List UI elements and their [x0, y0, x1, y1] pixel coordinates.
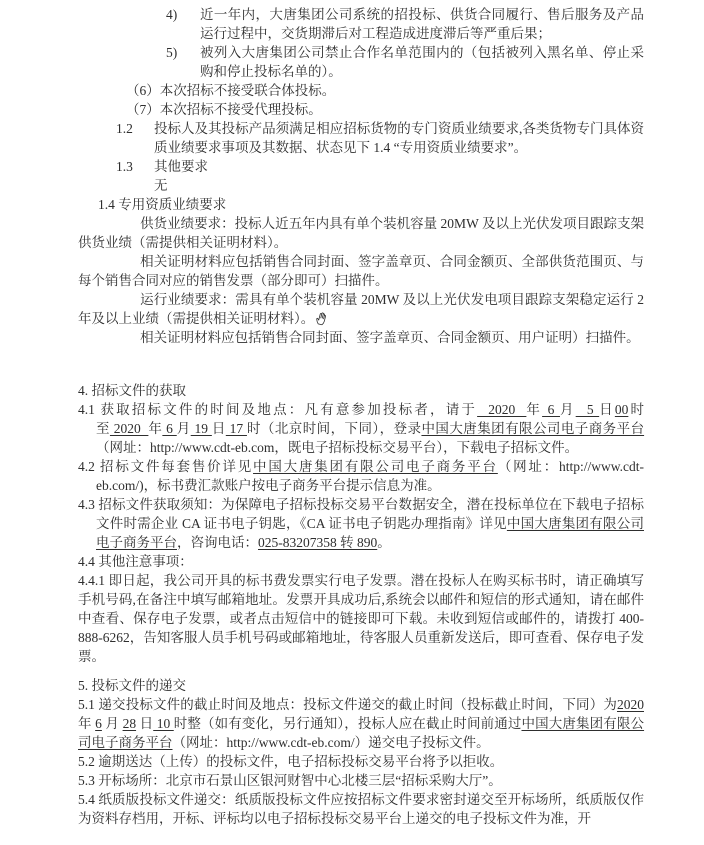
text-run: 。 [377, 535, 391, 550]
text-run: 日 [212, 421, 226, 436]
vertical-space [78, 666, 644, 676]
doc-paragraph: 4.3 招标文件获取须知：为保障电子招标投标交易平台数据安全，潜在投标单位在下载… [78, 495, 644, 552]
underlined-text: 中国大唐集团有限公司电子商务平台 [253, 459, 498, 474]
text-run: （网址：http://www.cdt-eb.com，既电子招标投标交易平台），下… [96, 440, 578, 455]
underlined-text: 6 [162, 421, 176, 436]
text-run: 5. 投标文件的递交 [78, 678, 186, 693]
doc-paragraph: 5. 投标文件的递交 [78, 676, 644, 695]
clause-number: 5) [166, 43, 200, 81]
doc-paragraph: 5)被列入大唐集团公司禁止合作名单范围内的（包括被列入黑名单、停止采购和停止投标… [166, 43, 644, 81]
underlined-text: 00 [615, 402, 629, 417]
text-run: 年 [148, 421, 162, 436]
doc-paragraph: 相关证明材料应包括销售合同封面、签字盖章页、合同金额页、全部供货范围页、与每个销… [78, 252, 644, 290]
text-run: 4.1 获取招标文件的时间及地点：凡有意参加投标者，请于 [78, 402, 477, 417]
underlined-text: 中国大唐集团有限公司电子商务平台 [421, 421, 644, 436]
text-run: 5.4 纸质版投标文件递交：纸质版投标文件应按招标文件要求密封递交至开标场所，纸… [78, 792, 644, 826]
underlined-text: 6 [542, 402, 560, 417]
text-run: 月 [560, 402, 576, 417]
clause-number: 1.2 [116, 119, 154, 157]
doc-paragraph: 4)近一年内，大唐集团公司系统的招投标、供货合同履行、售后服务及产品运行过程中，… [166, 5, 644, 43]
underlined-text: 28 [123, 716, 137, 731]
text-run: 4.2 招标文件每套售价详见 [78, 459, 253, 474]
doc-paragraph: （7）本次招标不接受代理投标。 [126, 100, 644, 119]
underlined-text: 19 [191, 421, 212, 436]
text-run: 相关证明材料应包括销售合同封面、签字盖章页、合同金额页、用户证明）扫描件。 [140, 330, 640, 345]
document-page: 4)近一年内，大唐集团公司系统的招投标、供货合同履行、售后服务及产品运行过程中，… [0, 0, 704, 845]
text-run: 投标人及其投标产品须满足相应招标货物的专门资质业绩要求,各类货物专门具体资质业绩… [154, 121, 644, 155]
text-run: 月 [102, 716, 123, 731]
doc-paragraph: 5.3 开标场所：北京市石景山区银河财智中心北楼三层“招标采购大厅”。 [78, 771, 644, 790]
doc-paragraph: 5.1 递交投标文件的截止时间及地点：投标文件递交的截止时间（投标截止时间，下同… [78, 695, 644, 752]
doc-paragraph: 5.2 逾期送达（上传）的投标文件，电子招标投标交易平台将予以拒收。 [78, 752, 644, 771]
text-run: 时整（如有变化，另行通知），投标人应在截止时间前通过 [174, 716, 522, 731]
text-run: 4.4.1 即日起，我公司开具的标书费发票实行电子发票。潜在投标人在购买标书时，… [78, 573, 644, 664]
text-run: 被列入大唐集团公司禁止合作名单范围内的（包括被列入黑名单、停止采购和停止投标名单… [200, 45, 644, 79]
text-run: 年 [526, 402, 542, 417]
text-run: 其他要求 [154, 159, 208, 174]
underlined-text: 2020 [617, 697, 644, 712]
underlined-text: 17 [226, 421, 247, 436]
doc-paragraph: 1.2投标人及其投标产品须满足相应招标货物的专门资质业绩要求,各类货物专门具体资… [116, 119, 644, 157]
clause-body: 投标人及其投标产品须满足相应招标货物的专门资质业绩要求,各类货物专门具体资质业绩… [154, 119, 644, 157]
doc-paragraph: （6）本次招标不接受联合体投标。 [126, 81, 644, 100]
text-run: （7）本次招标不接受代理投标。 [126, 102, 322, 117]
doc-paragraph: 4. 招标文件的获取 [78, 381, 644, 400]
clause-body: 其他要求 [154, 157, 644, 176]
text-run: 近一年内，大唐集团公司系统的招投标、供货合同履行、售后服务及产品运行过程中，交货… [200, 7, 644, 41]
doc-paragraph: 4.1 获取招标文件的时间及地点：凡有意参加投标者，请于 2020 年 6 月 … [78, 400, 644, 457]
vertical-space [78, 347, 644, 381]
underlined-text: 025-83207358 转 890 [258, 535, 377, 550]
clause-number: 1.3 [116, 157, 154, 176]
hand-cursor-icon [314, 311, 329, 326]
text-run: 日 [599, 402, 615, 417]
underlined-text: 10 [153, 716, 174, 731]
text-run: 4. 招标文件的获取 [78, 383, 186, 398]
text-run: 运行业绩要求：需具有单个装机容量 20MW 及以上光伏发电项目跟踪支架稳定运行 … [78, 292, 644, 326]
doc-paragraph: 供货业绩要求：投标人近五年内具有单个装机容量 20MW 及以上光伏发项目跟踪支架… [78, 214, 644, 252]
doc-paragraph: 相关证明材料应包括销售合同封面、签字盖章页、合同金额页、用户证明）扫描件。 [78, 328, 644, 347]
text-run: 相关证明材料应包括销售合同封面、签字盖章页、合同金额页、全部供货范围页、与每个销… [78, 254, 644, 288]
doc-paragraph: 1.4 专用资质业绩要求 [98, 195, 644, 214]
text-run: ，咨询电话： [177, 535, 258, 550]
text-run: 日 [136, 716, 153, 731]
text-run: 时（北京时间，下同），登录 [247, 421, 422, 436]
text-run: 5.3 开标场所：北京市石景山区银河财智中心北楼三层“招标采购大厅”。 [78, 773, 502, 788]
clause-body: 被列入大唐集团公司禁止合作名单范围内的（包括被列入黑名单、停止采购和停止投标名单… [200, 43, 644, 81]
clause-number: 4) [166, 5, 200, 43]
text-run: 5.2 逾期送达（上传）的投标文件，电子招标投标交易平台将予以拒收。 [78, 754, 503, 769]
text-run: 月 [177, 421, 191, 436]
underlined-text: 2020 [477, 402, 526, 417]
doc-paragraph: 无 [154, 176, 644, 195]
text-run: 1.4 专用资质业绩要求 [98, 197, 226, 212]
doc-paragraph: 4.4 其他注意事项： [78, 552, 644, 571]
text-run: 无 [154, 178, 168, 193]
underlined-text: 5 [576, 402, 599, 417]
doc-paragraph: 4.2 招标文件每套售价详见中国大唐集团有限公司电子商务平台（网址：http:/… [78, 457, 644, 495]
underlined-text: 6 [95, 716, 102, 731]
underlined-text: 2020 [110, 421, 148, 436]
doc-paragraph: 1.3其他要求 [116, 157, 644, 176]
text-run: 4.4 其他注意事项： [78, 554, 193, 569]
text-run: 5.1 递交投标文件的截止时间及地点：投标文件递交的截止时间（投标截止时间，下同… [78, 697, 617, 712]
doc-paragraph: 运行业绩要求：需具有单个装机容量 20MW 及以上光伏发电项目跟踪支架稳定运行 … [78, 290, 644, 328]
text-run: （网址：http://www.cdt-eb.com/）递交电子投标文件。 [173, 735, 490, 750]
text-run: （6）本次招标不接受联合体投标。 [126, 83, 335, 98]
text-run: 年 [78, 716, 95, 731]
doc-paragraph: 4.4.1 即日起，我公司开具的标书费发票实行电子发票。潜在投标人在购买标书时，… [78, 571, 644, 666]
doc-paragraph: 5.4 纸质版投标文件递交：纸质版投标文件应按招标文件要求密封递交至开标场所，纸… [78, 790, 644, 828]
clause-body: 近一年内，大唐集团公司系统的招投标、供货合同履行、售后服务及产品运行过程中，交货… [200, 5, 644, 43]
text-run: 供货业绩要求：投标人近五年内具有单个装机容量 20MW 及以上光伏发项目跟踪支架… [78, 216, 644, 250]
